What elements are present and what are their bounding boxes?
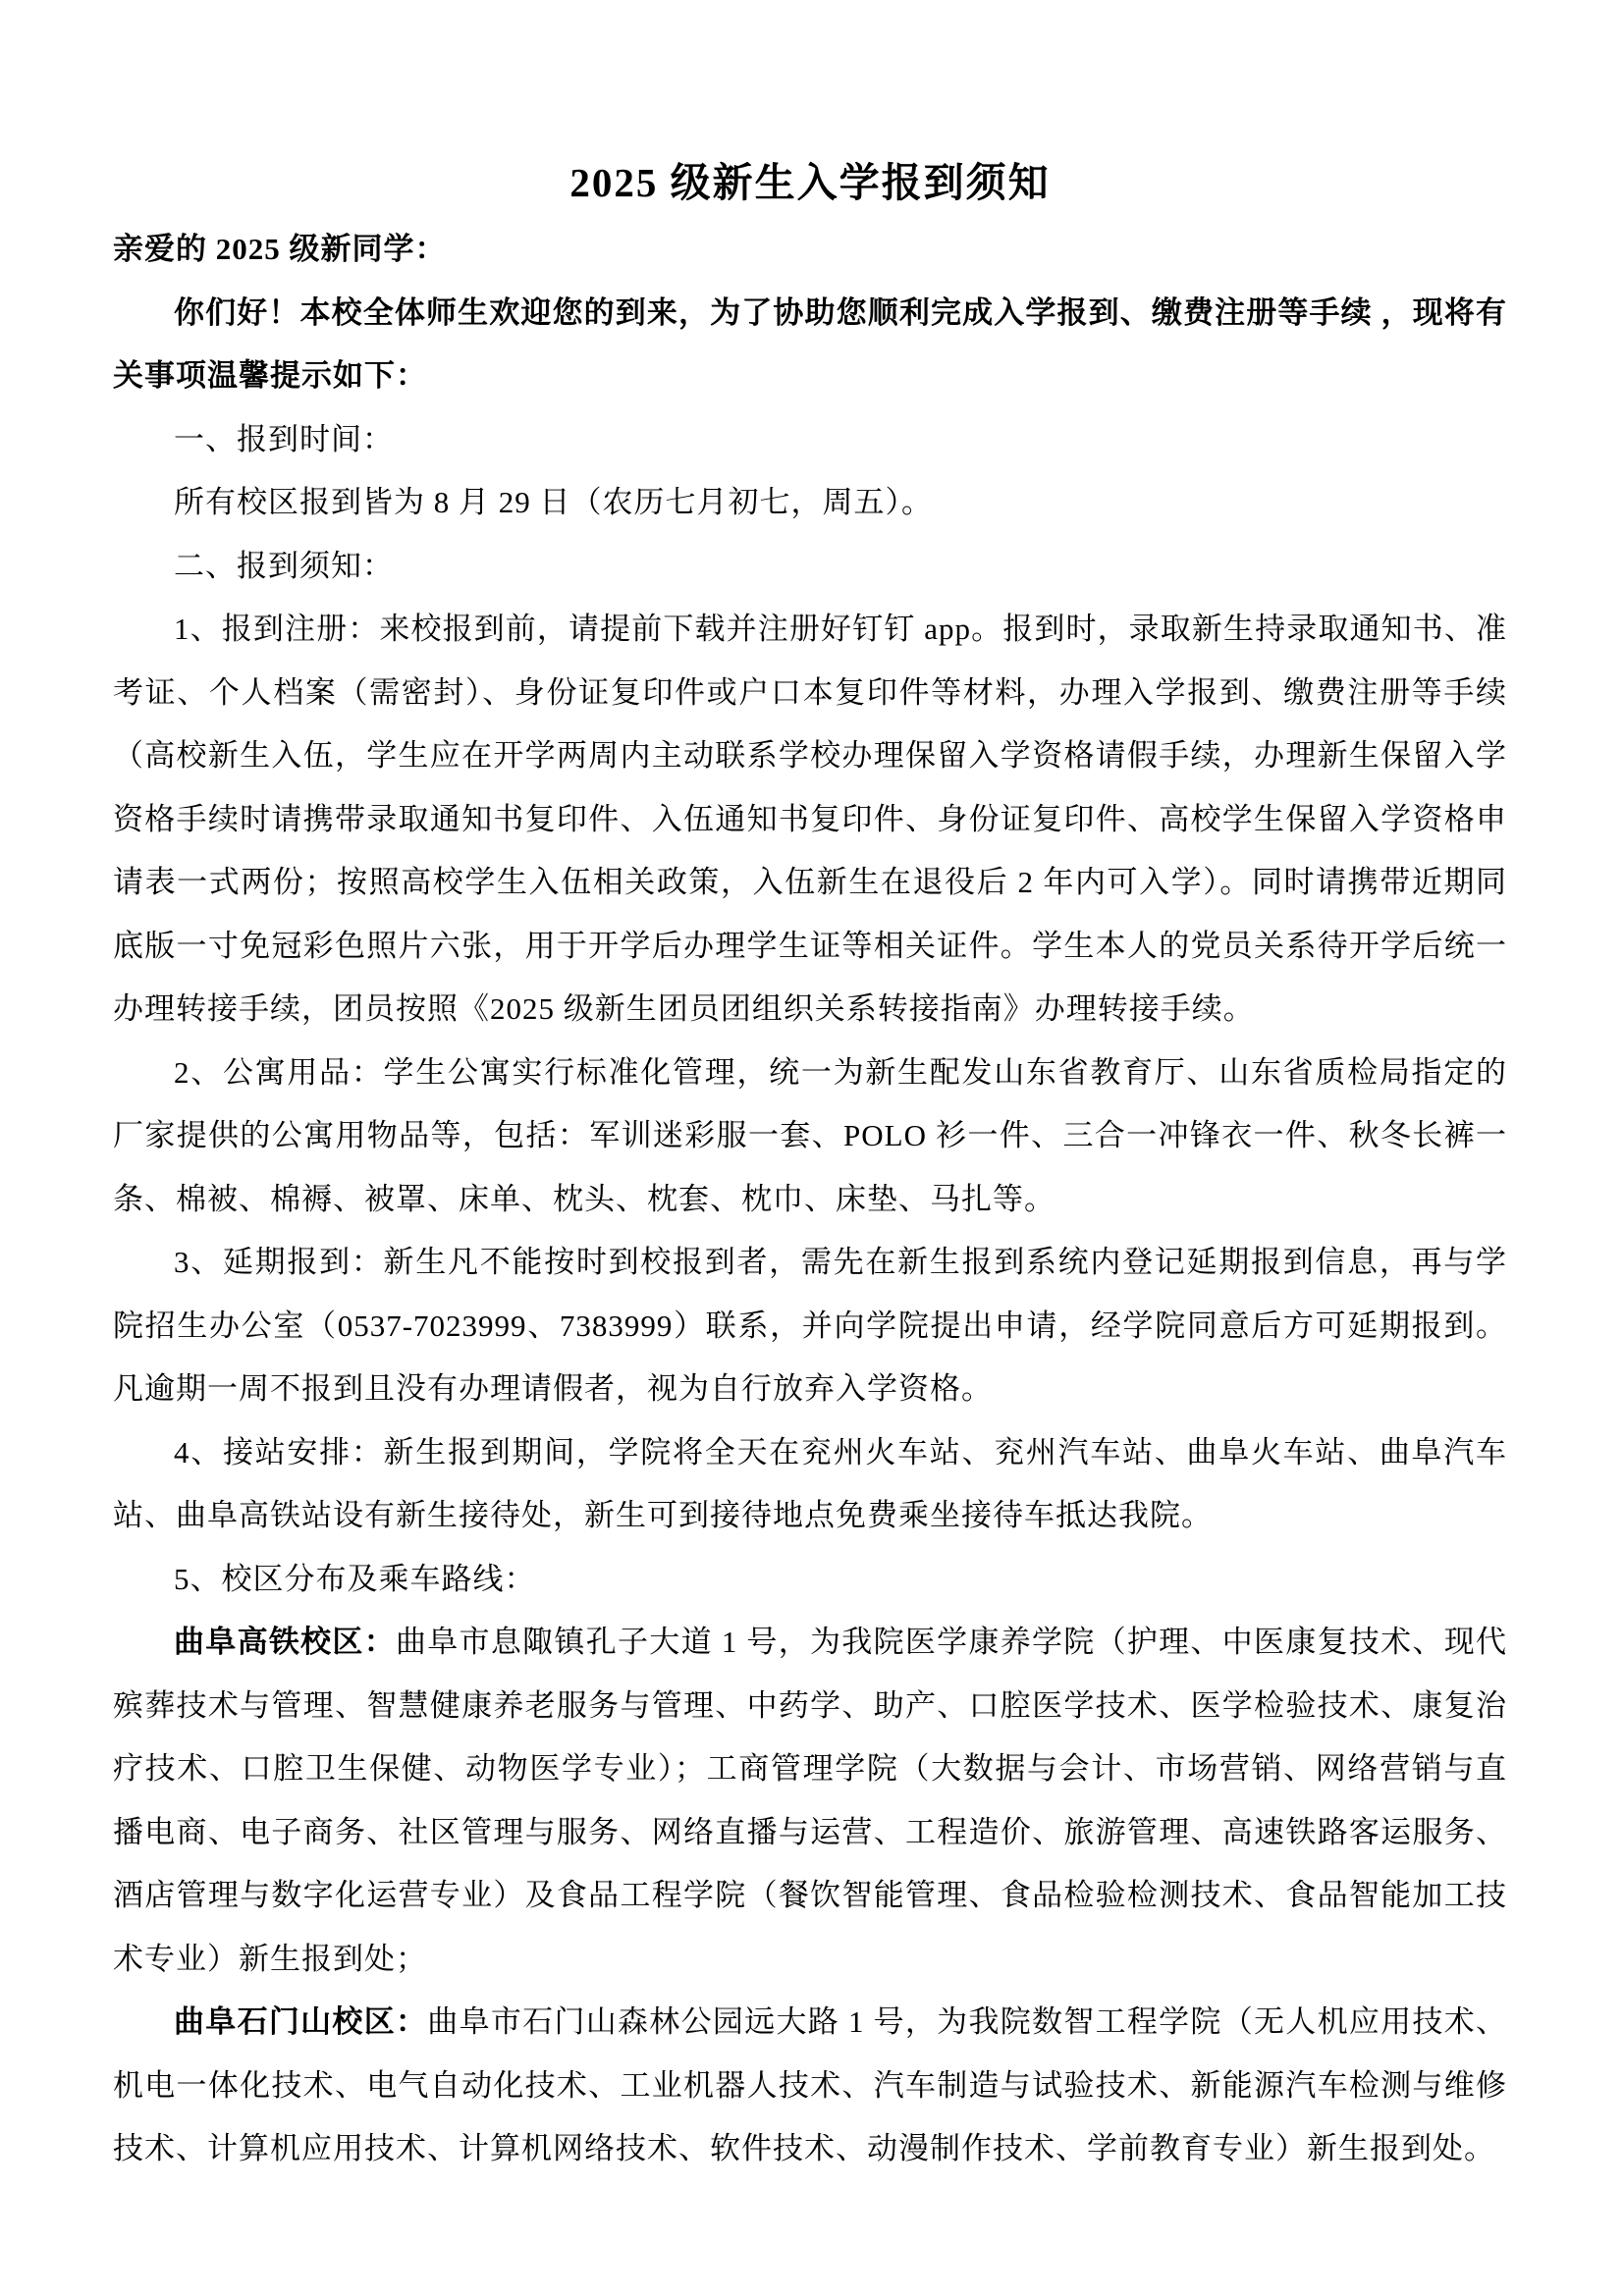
- document-page: 2025 级新生入学报到须知 亲爱的 2025 级新同学： 你们好！本校全体师生…: [0, 0, 1623, 2296]
- page-title: 2025 级新生入学报到须知: [113, 147, 1507, 218]
- item-dorm-supplies: 2、公寓用品：学生公寓实行标准化管理，统一为新生配发山东省教育厅、山东省质检局指…: [113, 1041, 1507, 1232]
- salutation-line: 亲爱的 2025 级新同学：: [113, 218, 1507, 282]
- campus-shimenshan-label: 曲阜石门山校区：: [174, 2004, 427, 2039]
- item-campus-routes-heading: 5、校区分布及乘车路线：: [113, 1548, 1507, 1612]
- item-registration: 1、报到注册：来校报到前，请提前下载并注册好钉钉 app。报到时，录取新生持录取…: [113, 598, 1507, 1041]
- item-delayed-registration: 3、延期报到：新生凡不能按时到校报到者，需先在新生报到系统内登记延期报到信息，再…: [113, 1231, 1507, 1421]
- section1-body: 所有校区报到皆为 8 月 29 日（农历七月初七，周五）。: [113, 471, 1507, 535]
- item-pickup-arrangement: 4、接站安排：新生报到期间，学院将全天在兖州火车站、兖州汽车站、曲阜火车站、曲阜…: [113, 1421, 1507, 1548]
- campus-gaotie-label: 曲阜高铁校区：: [174, 1625, 396, 1659]
- campus-gaotie-text: 曲阜市息陬镇孔子大道 1 号，为我院医学康养学院（护理、中医康复技术、现代殡葬技…: [113, 1625, 1507, 1976]
- intro-paragraph: 你们好！本校全体师生欢迎您的到来，为了协助您顺利完成入学报到、缴费注册等手续 ，…: [113, 282, 1507, 408]
- campus-gaotie-paragraph: 曲阜高铁校区：曲阜市息陬镇孔子大道 1 号，为我院医学康养学院（护理、中医康复技…: [113, 1611, 1507, 1991]
- document-content: 2025 级新生入学报到须知 亲爱的 2025 级新同学： 你们好！本校全体师生…: [113, 0, 1507, 2181]
- section2-heading: 二、报到须知：: [113, 535, 1507, 599]
- campus-shimenshan-paragraph: 曲阜石门山校区：曲阜市石门山森林公园远大路 1 号，为我院数智工程学院（无人机应…: [113, 1991, 1507, 2181]
- section1-heading: 一、报到时间：: [113, 408, 1507, 472]
